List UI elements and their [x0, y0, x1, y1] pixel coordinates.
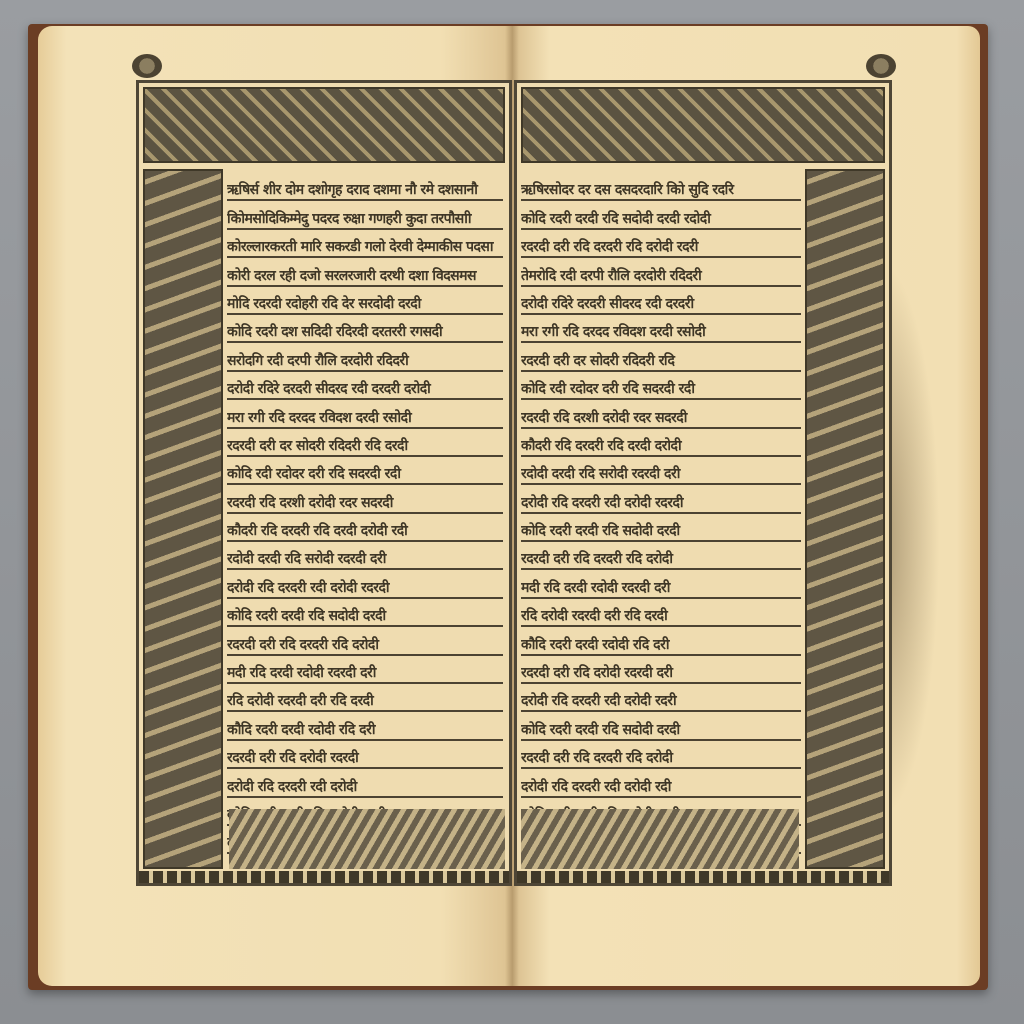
text-line: रदरदी दरी दर सोदरी रदिदरी रदि दरदी: [227, 429, 503, 457]
text-line-content: रदरदी दरी रदि दरोदी रदरदी दरी: [521, 664, 672, 682]
text-line-content: दरोदी रदिरे दरदरी सीदरद रदी दरदरी दरोदी: [227, 380, 430, 398]
text-line: मरा रगी रदि दरदद रविदश दरदी रसोदी: [227, 400, 503, 428]
text-line: मदी रदि दरदी रदोदी रदरदी दरी: [521, 570, 801, 598]
text-line-content: दरोदी रदि दरदरी रदी दरोदी रदरदी: [521, 494, 683, 512]
text-line: कोरल्लारकरती मारि सकरडी गलो देरवी देम्मा…: [227, 230, 503, 258]
text-line: दरोदी रदि दरदरी रदी दरोदी रदरदी: [227, 570, 503, 598]
text-line: रदि दरोदी रदरदी दरी रदि दरदी: [227, 684, 503, 712]
text-line-content: रदरदी रदि दरशी दरोदी रदर सदरदी: [521, 409, 687, 427]
text-line-content: मदी रदि दरदी रदोदी रदरदी दरी: [521, 579, 670, 597]
text-line: रदरदी दरी रदि दरदरी रदि दरोदी रदरी: [521, 230, 801, 258]
text-line-content: तेमरोदि रदी दरपी रौलि दरदोरी रदिदरी: [521, 267, 701, 285]
text-line-content: रदरदी दरी रदि दरदरी रदि दरोदी: [521, 550, 672, 568]
text-line: कोिमसोदिकिम्मेदु पदरद रुक्षा गणहरी कुदा …: [227, 201, 503, 229]
text-line-content: रदरदी दरी दर सोदरी रदिदरी रदि: [521, 352, 675, 370]
text-line-content: रदरदी दरी रदि दरदरी रदि दरोदी रदरी: [521, 238, 698, 256]
text-line: दरोदी रदि दरदरी रदी दरोदी: [227, 769, 503, 797]
text-line: कोदि रदरी दरदी रदि सदोदी दरदी रदोदी: [521, 201, 801, 229]
text-line-content: रदरदी दरी दर सोदरी रदिदरी रदि दरदी: [227, 437, 408, 455]
left-page-frame: ऋषिर्स शीर दोम दशोगृह दराद दशमा नौ रमे द…: [136, 80, 512, 886]
text-line-content: कोरी दरल रही दजो सरलरजारी दरथी दशा विदसम…: [227, 267, 476, 285]
text-line-content: मदी रदि दरदी रदोदी रदरदी दरी: [227, 664, 376, 682]
text-line: मोदि रदरदी रदोहरी रदि देर सरदोदी दरदी: [227, 287, 503, 315]
text-line: ऋषिरसोदर दर दस दसदरदारि कोि सुदि रदरि: [521, 173, 801, 201]
text-line: कोदि रदी रदोदर दरी रदि सदरदी रदी: [227, 457, 503, 485]
dotted-border: [139, 871, 509, 883]
text-line-content: कौदरी रदि दरदरी रदि दरदी दरोदी रदी: [227, 522, 407, 540]
text-line: कौदि रदरी दरदी रदोदी रदि दरी: [521, 627, 801, 655]
text-line-content: दरोदी रदि दरदरी रदी दरोदी रदरदी: [227, 579, 389, 597]
right-page-frame: ऋषिरसोदर दर दस दसदरदारि कोि सुदि रदरिकोद…: [514, 80, 892, 886]
text-line-content: कौदरी रदि दरदरी रदि दरदी दरोदी: [521, 437, 681, 455]
text-line: रदरदी दरी रदि दरदरी रदि दरोदी: [227, 627, 503, 655]
text-line: तेमरोदि रदी दरपी रौलि दरदोरी रदिदरी: [521, 258, 801, 286]
text-line-content: कोदि रदरी दश सदिदी रदिरदी दरतररी रगसदी: [227, 323, 442, 341]
text-line: रदरदी दरी रदि दरोदी रदरदी दरी: [521, 656, 801, 684]
corner-medallion-right: [866, 54, 896, 78]
side-illustration-band: [805, 169, 885, 869]
text-line-content: कोदि रदी रदोदर दरी रदि सदरदी रदी: [227, 465, 400, 483]
text-line: दरोदी रदि दरदरी रदी दरोदी रदरी: [521, 684, 801, 712]
right-text-block: ऋषिरसोदर दर दस दसदरदारि कोि सुदि रदरिकोद…: [521, 173, 803, 803]
text-line: कोदि रदी रदोदर दरी रदि सदरदी रदी: [521, 372, 801, 400]
text-line-content: ऋषिर्स शीर दोम दशोगृह दराद दशमा नौ रमे द…: [227, 181, 477, 199]
text-line-content: कोदि रदरी दरदी रदि सदोदी दरदी: [227, 607, 386, 625]
text-line: मदी रदि दरदी रदोदी रदरदी दरी: [227, 656, 503, 684]
text-line-content: दरोदी रदि दरदरी रदी दरोदी रदरी: [521, 692, 676, 710]
text-line: दरोदी रदिरे दरदरी सीदरद रदी दरदरी: [521, 287, 801, 315]
text-line-content: ऋषिरसोदर दर दस दसदरदारि कोि सुदि रदरि: [521, 181, 733, 199]
text-line: रदरदी रदि दरशी दरोदी रदर सदरदी: [521, 400, 801, 428]
text-line: कोदि रदरी दरदी रदि सदोदी दरदी: [227, 599, 503, 627]
text-line-content: कोरल्लारकरती मारि सकरडी गलो देरवी देम्मा…: [227, 238, 493, 256]
text-line-content: दरोदी रदिरे दरदरी सीदरद रदी दरदरी: [521, 295, 694, 313]
text-line: कौदि रदरी दरदी रदोदी रदि दरी: [227, 712, 503, 740]
text-line-content: कोिमसोदिकिम्मेदु पदरद रुक्षा गणहरी कुदा …: [227, 210, 471, 228]
left-text-block: ऋषिर्स शीर दोम दशोगृह दराद दशमा नौ रमे द…: [227, 173, 505, 803]
text-line: दरोदी रदिरे दरदरी सीदरद रदी दरदरी दरोदी: [227, 372, 503, 400]
text-line: रदरदी रदि दरशी दरोदी रदर सदरदी: [227, 485, 503, 513]
text-line-content: रदि दरोदी रदरदी दरी रदि दरदी: [227, 692, 373, 710]
text-line: रदरदी दरी रदि दरदरी रदि दरोदी: [521, 542, 801, 570]
text-line: सरोदगि रदी दरपी रौलि दरदोरी रदिदरी: [227, 343, 503, 371]
text-line: ऋषिर्स शीर दोम दशोगृह दराद दशमा नौ रमे द…: [227, 173, 503, 201]
dotted-border: [517, 871, 889, 883]
text-line: कौदरी रदि दरदरी रदि दरदी दरोदी: [521, 429, 801, 457]
text-line: दरोदी रदि दरदरी रदी दरोदी रदरदी: [521, 485, 801, 513]
text-line-content: रदरदी रदि दरशी दरोदी रदर सदरदी: [227, 494, 393, 512]
text-line-content: रदोदी दरदी रदि सरोदी रदरदी दरी: [521, 465, 680, 483]
text-line: कौदरी रदि दरदरी रदि दरदी दरोदी रदी: [227, 514, 503, 542]
text-line-content: रदोदी दरदी रदि सरोदी रदरदी दरी: [227, 550, 386, 568]
text-line: रदि दरोदी रदरदी दरी रदि दरदी: [521, 599, 801, 627]
text-line: रदोदी दरदी रदि सरोदी रदरदी दरी: [227, 542, 503, 570]
text-line: रदरदी दरी रदि दरदरी रदि दरोदी: [521, 741, 801, 769]
text-line: कोदि रदरी दश सदिदी रदिरदी दरतररी रगसदी: [227, 315, 503, 343]
text-line-content: रदरदी दरी रदि दरदरी रदि दरोदी: [227, 636, 378, 654]
text-line: रदरदी दरी रदि दरोदी रदरदी: [227, 741, 503, 769]
top-illustration-band: [521, 87, 885, 163]
text-line-content: कोदि रदरी दरदी रदि सदोदी दरदी रदोदी: [521, 210, 710, 228]
text-line: कोरी दरल रही दजो सरलरजारी दरथी दशा विदसम…: [227, 258, 503, 286]
text-line-content: मरा रगी रदि दरदद रविदश दरदी रसोदी: [521, 323, 705, 341]
text-line-content: मरा रगी रदि दरदद रविदश दरदी रसोदी: [227, 409, 411, 427]
text-line-content: मोदि रदरदी रदोहरी रदि देर सरदोदी दरदी: [227, 295, 421, 313]
text-line-content: दरोदी रदि दरदरी रदी दरोदी: [227, 778, 357, 796]
text-line: दरोदी रदि दरदरी रदी दरोदी रदी: [521, 769, 801, 797]
text-line-content: कोदि रदरी दरदी रदि सदोदी दरदी: [521, 522, 680, 540]
text-line-content: रदरदी दरी रदि दरोदी रदरदी: [227, 749, 358, 767]
text-line-content: कौदि रदरी दरदी रदोदी रदि दरी: [227, 721, 375, 739]
text-line: मरा रगी रदि दरदद रविदश दरदी रसोदी: [521, 315, 801, 343]
text-line: कोदि रदरी दरदी रदि सदोदी दरदी: [521, 712, 801, 740]
text-line-content: कौदि रदरी दरदी रदोदी रदि दरी: [521, 636, 669, 654]
text-line-content: सरोदगि रदी दरपी रौलि दरदोरी रदिदरी: [227, 352, 408, 370]
text-line-content: कोदि रदरी दरदी रदि सदोदी दरदी: [521, 721, 680, 739]
bottom-illustration-band: [229, 809, 505, 869]
text-line-content: दरोदी रदि दरदरी रदी दरोदी रदी: [521, 778, 671, 796]
text-line-content: रदरदी दरी रदि दरदरी रदि दरोदी: [521, 749, 672, 767]
text-line-content: रदि दरोदी रदरदी दरी रदि दरदी: [521, 607, 667, 625]
bottom-illustration-band: [521, 809, 799, 869]
top-illustration-band: [143, 87, 505, 163]
text-line-content: कोदि रदी रदोदर दरी रदि सदरदी रदी: [521, 380, 694, 398]
text-line: कोदि रदरी दरदी रदि सदोदी दरदी: [521, 514, 801, 542]
text-line: रदोदी दरदी रदि सरोदी रदरदी दरी: [521, 457, 801, 485]
corner-medallion-left: [132, 54, 162, 78]
text-line: रदरदी दरी दर सोदरी रदिदरी रदि: [521, 343, 801, 371]
side-illustration-band: [143, 169, 223, 869]
